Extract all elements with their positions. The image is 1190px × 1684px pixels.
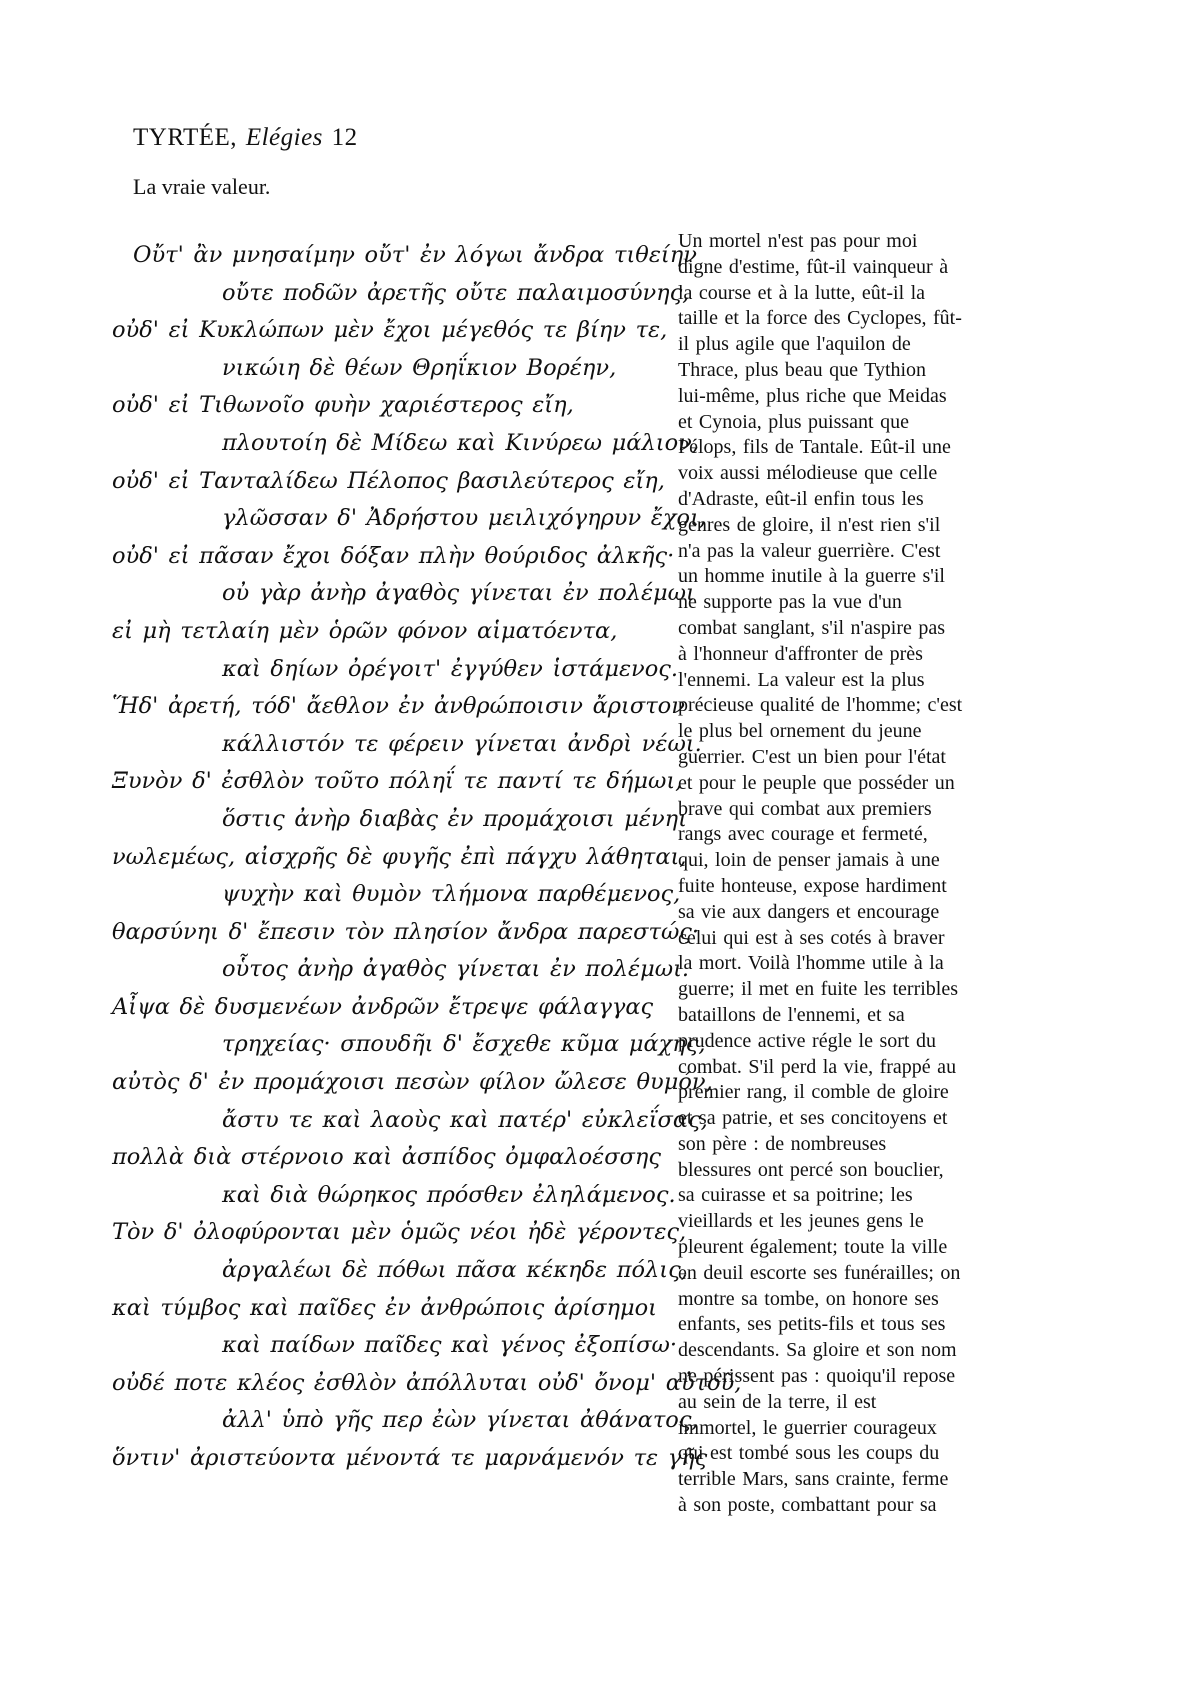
french-text-line: la course et à la lutte, eût-il la (678, 281, 1008, 307)
french-text-line: blessures ont percé son bouclier, (678, 1158, 1008, 1184)
french-text-line: son père : de nombreuses (678, 1132, 1008, 1158)
french-text-line: lui-même, plus riche que Meidas (678, 384, 1008, 410)
french-text-line: et pour le peuple que posséder un (678, 771, 1008, 797)
french-text-line: prudence active régle le sort du (678, 1029, 1008, 1055)
french-text-line: descendants. Sa gloire et son nom (678, 1338, 1008, 1364)
french-text-line: le plus bel ornement du jeune (678, 719, 1008, 745)
greek-verse-line: εἰ μὴ τετλαίη μὲν ὁρῶν φόνον αἱματόεντα, (112, 613, 652, 651)
greek-verse-line: ὅντιν' ἀριστεύοντα μένοντά τε μαρνάμενόν… (112, 1440, 652, 1478)
french-text-line: premier rang, il comble de gloire (678, 1080, 1008, 1106)
french-text-line: rangs avec courage et fermeté, (678, 822, 1008, 848)
greek-verse-line: οὐδ' εἰ Τανταλίδεω Πέλοπος βασιλεύτερος … (112, 463, 652, 501)
french-text-line: vieillards et les jeunes gens le (678, 1209, 1008, 1235)
french-text-line: d'Adraste, eût-il enfin tous les (678, 487, 1008, 513)
greek-verse-line: οὐ γὰρ ἀνὴρ ἀγαθὸς γίνεται ἐν πολέμωι (222, 575, 652, 613)
french-text-line: précieuse qualité de l'homme; c'est (678, 693, 1008, 719)
french-text-line: montre sa tombe, on honore ses (678, 1287, 1008, 1313)
greek-verse-line: οὐδέ ποτε κλέος ἐσθλὸν ἀπόλλυται οὐδ' ὄν… (112, 1365, 652, 1403)
greek-verse-line: νωλεμέως, αἰσχρῆς δὲ φυγῆς ἐπὶ πάγχυ λάθ… (112, 839, 652, 877)
document-page: TYRTÉE,Elégies12 La vraie valeur. Οὔτ' ἂ… (0, 0, 1190, 1684)
greek-verse-line: πλουτοίη δὲ Μίδεω καὶ Κινύρεω μάλιον, (222, 425, 652, 463)
greek-verse-line: ἀλλ' ὑπὸ γῆς περ ἐὼν γίνεται ἀθάνατος, (222, 1402, 652, 1440)
french-text-line: terrible Mars, sans crainte, ferme (678, 1467, 1008, 1493)
greek-verse-line: οὗτος ἀνὴρ ἀγαθὸς γίνεται ἐν πολέμωι. (222, 951, 652, 989)
french-translation-column: Un mortel n'est pas pour moi digne d'est… (678, 229, 1008, 1519)
greek-verse-line: τρηχείας· σπουδῆι δ' ἔσχεθε κῦμα μάχης, (222, 1026, 652, 1064)
greek-verse-line: ἀργαλέωι δὲ πόθωι πᾶσα κέκηδε πόλις, (222, 1252, 652, 1290)
french-text-line: combat. S'il perd la vie, frappé au (678, 1055, 1008, 1081)
greek-verse-line: Ξυνὸν δ' ἐσθλὸν τοῦτο πόληΐ τε παντί τε … (112, 763, 652, 801)
french-text-line: genres de gloire, il n'est rien s'il (678, 513, 1008, 539)
greek-verse-line: Αἶψα δὲ δυσμενέων ἀνδρῶν ἔτρεψε φάλαγγας (112, 989, 652, 1027)
greek-verse-line: πολλὰ διὰ στέρνοιο καὶ ἀσπίδος ὀμφαλοέσσ… (112, 1139, 652, 1177)
french-text-line: qui est tombé sous les coups du (678, 1441, 1008, 1467)
french-text-line: ne supporte pas la vue d'un (678, 590, 1008, 616)
french-text-line: à son poste, combattant pour sa (678, 1493, 1008, 1519)
greek-verse-line: νικώιη δὲ θέων Θρηΐκιον Βορέην, (222, 350, 652, 388)
french-text-line: et sa patrie, et ses concitoyens et (678, 1106, 1008, 1132)
greek-verse-line: κάλλιστόν τε φέρειν γίνεται ἀνδρὶ νέωι. (222, 726, 652, 764)
subtitle: La vraie valeur. (133, 174, 270, 200)
french-text-line: et Cynoia, plus puissant que (678, 410, 1008, 436)
title-work: Elégies (246, 124, 323, 151)
french-text-line: bataillons de l'ennemi, et sa (678, 1003, 1008, 1029)
french-text-line: sa cuirasse et sa poitrine; les (678, 1183, 1008, 1209)
french-text-line: en deuil escorte ses funérailles; on (678, 1261, 1008, 1287)
greek-verse-line: Τὸν δ' ὀλοφύρονται μὲν ὁμῶς νέοι ἠδὲ γέρ… (112, 1214, 652, 1252)
french-text-line: sa vie aux dangers et encourage (678, 900, 1008, 926)
greek-verse-line: οὐδ' εἰ Τιθωνοῖο φυὴν χαριέστερος εἴη, (112, 387, 652, 425)
french-text-line: immortel, le guerrier courageux (678, 1416, 1008, 1442)
french-text-line: Un mortel n'est pas pour moi (678, 229, 1008, 255)
french-text-line: n'a pas la valeur guerrière. C'est (678, 539, 1008, 565)
title-number: 12 (332, 124, 358, 151)
page-title: TYRTÉE,Elégies12 (133, 124, 358, 152)
greek-text-column: Οὔτ' ἂν μνησαίμην οὔτ' ἐν λόγωι ἄνδρα τι… (112, 237, 652, 1478)
french-text-line: guerre; il met en fuite les terribles (678, 977, 1008, 1003)
french-text-line: pleurent également; toute la ville (678, 1235, 1008, 1261)
french-text-line: un homme inutile à la guerre s'il (678, 564, 1008, 590)
greek-verse-line: ἄστυ τε καὶ λαοὺς καὶ πατέρ' εὐκλεΐσας, (222, 1102, 652, 1140)
french-text-line: Pélops, fils de Tantale. Eût-il une (678, 435, 1008, 461)
greek-verse-line: θαρσύνηι δ' ἔπεσιν τὸν πλησίον ἄνδρα παρ… (112, 914, 652, 952)
french-text-line: qui, loin de penser jamais à une (678, 848, 1008, 874)
greek-verse-line: καὶ διὰ θώρηκος πρόσθεν ἐληλάμενος. (222, 1177, 652, 1215)
greek-verse-line: καὶ παίδων παῖδες καὶ γένος ἐξοπίσω· (222, 1327, 652, 1365)
greek-verse-line: ψυχὴν καὶ θυμὸν τλήμονα παρθέμενος, (222, 876, 652, 914)
title-author: TYRTÉE, (133, 124, 237, 151)
french-text-line: guerrier. C'est un bien pour l'état (678, 745, 1008, 771)
french-text-line: enfants, ses petits-fils et tous ses (678, 1312, 1008, 1338)
french-text-line: au sein de la terre, il est (678, 1390, 1008, 1416)
greek-verse-line: Ἥδ' ἀρετή, τόδ' ἄεθλον ἐν ἀνθρώποισιν ἄρ… (112, 688, 652, 726)
french-text-line: l'ennemi. La valeur est la plus (678, 668, 1008, 694)
greek-verse-line: καὶ τύμβος καὶ παῖδες ἐν ἀνθρώποις ἀρίση… (112, 1290, 652, 1328)
greek-verse-line: οὐδ' εἰ πᾶσαν ἔχοι δόξαν πλὴν θούριδος ἀ… (112, 538, 652, 576)
french-text-line: fuite honteuse, expose hardiment (678, 874, 1008, 900)
french-text-line: à l'honneur d'affronter de près (678, 642, 1008, 668)
greek-verse-line: καὶ δηίων ὀρέγοιτ' ἐγγύθεν ἱστάμενος. (222, 651, 652, 689)
greek-verse-line: οὔτε ποδῶν ἀρετῆς οὔτε παλαιμοσύνης, (222, 275, 652, 313)
greek-verse-line: Οὔτ' ἂν μνησαίμην οὔτ' ἐν λόγωι ἄνδρα τι… (133, 237, 652, 275)
french-text-line: Thrace, plus beau que Tythion (678, 358, 1008, 384)
french-text-line: la mort. Voilà l'homme utile à la (678, 951, 1008, 977)
french-text-line: il plus agile que l'aquilon de (678, 332, 1008, 358)
french-text-line: taille et la force des Cyclopes, fût- (678, 306, 1008, 332)
greek-verse-line: οὐδ' εἰ Κυκλώπων μὲν ἔχοι μέγεθός τε βίη… (112, 312, 652, 350)
french-text-line: brave qui combat aux premiers (678, 797, 1008, 823)
greek-verse-line: γλῶσσαν δ' Ἀδρήστου μειλιχόγηρυν ἔχοι, (222, 500, 652, 538)
french-text-line: digne d'estime, fût-il vainqueur à (678, 255, 1008, 281)
greek-verse-line: ὅστις ἀνὴρ διαβὰς ἐν προμάχοισι μένηι (222, 801, 652, 839)
french-text-line: ne périssent pas : quoiqu'il repose (678, 1364, 1008, 1390)
french-text-line: combat sanglant, s'il n'aspire pas (678, 616, 1008, 642)
french-text-line: voix aussi mélodieuse que celle (678, 461, 1008, 487)
greek-verse-line: αὐτὸς δ' ἐν προμάχοισι πεσὼν φίλον ὤλεσε… (112, 1064, 652, 1102)
french-text-line: celui qui est à ses cotés à braver (678, 926, 1008, 952)
